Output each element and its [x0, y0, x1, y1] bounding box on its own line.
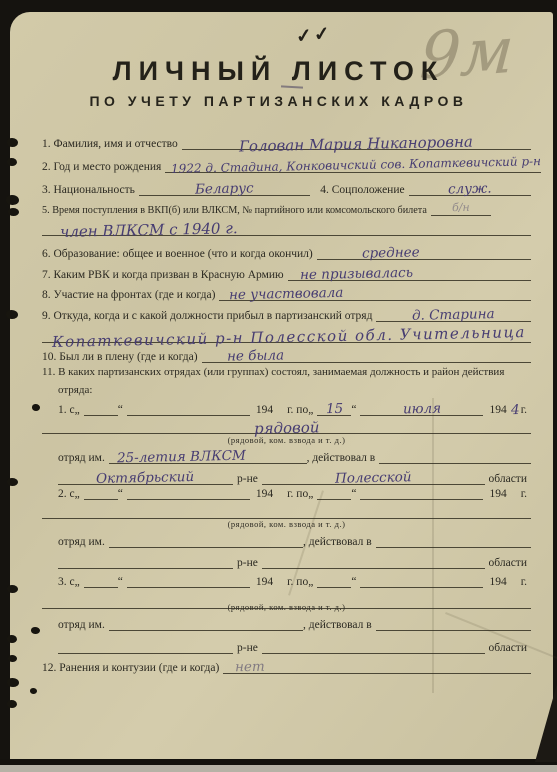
- block-2-unit-line: [109, 531, 303, 548]
- field-9-row: 9. Откуда, когда и с какой должности при…: [42, 305, 531, 322]
- oblasti-print: области: [485, 557, 531, 569]
- block-3-unit-line: [109, 614, 303, 631]
- block-2-from-month-line: [127, 483, 250, 500]
- year-print: 194: [483, 404, 510, 416]
- rank-hint: (рядовой, ком. взвода и т. д.): [42, 519, 531, 529]
- field-2-line: 1922 д. Стадина, Конковичский сов. Копат…: [165, 156, 541, 173]
- block-1-to-month: июля: [403, 401, 441, 418]
- field-4-value: служ.: [448, 181, 492, 198]
- field-9-label: 9. Откуда, когда и с какой должности при…: [42, 310, 376, 322]
- field-6-label: 6. Образование: общее и военное (что и к…: [42, 248, 317, 260]
- field-3-label: 3. Национальность: [42, 184, 139, 196]
- hole-mark: [6, 195, 19, 205]
- hole-mark: [7, 700, 17, 708]
- block-3-region-line: [376, 614, 531, 631]
- block-2-unit-row: отряд им. , действовал в: [58, 531, 531, 548]
- block-1-number: 1. с„: [58, 404, 84, 416]
- block-1-from-day-line: [84, 399, 118, 416]
- quote-mark: “: [351, 404, 360, 416]
- year-print: 194: [483, 576, 510, 588]
- field-9-line2: Копаткевичский р-н Полесской обл. Учител…: [42, 326, 531, 343]
- r-ne-print: р-не: [233, 557, 262, 569]
- block-1-dates-row: 1. с„ “ 194 г. по„ 15 “ июля 194 4 г.: [58, 399, 531, 416]
- block-1-to-year-suffix-slot: 4: [511, 400, 521, 416]
- hole-mark: [8, 208, 19, 216]
- field-3-line: Беларус: [139, 179, 310, 196]
- deystvoval-print: , действовал в: [303, 619, 376, 631]
- quote-mark: “: [351, 576, 360, 588]
- block-3-from-month-line: [127, 571, 250, 588]
- hole-mark: [6, 310, 18, 319]
- hole-mark: [7, 635, 17, 643]
- field-12-row: 12. Ранения и контузии (где и когда) нет: [42, 657, 531, 674]
- field-3-4-row: 3. Национальность Беларус 4. Соцположени…: [42, 179, 531, 196]
- field-10-row: 10. Был ли в плену (где и когда) не была: [42, 346, 531, 363]
- field-2-value: 1922 д. Стадина, Конковичский сов. Копат…: [171, 154, 541, 176]
- block-2-oblast-line: [262, 552, 485, 569]
- field-5-label: 5. Время поступления в ВКП(б) или ВЛКСМ,…: [42, 205, 431, 216]
- quote-mark: “: [351, 488, 360, 500]
- rank-hint: (рядовой, ком. взвода и т. д.): [42, 602, 531, 612]
- field-8-row: 8. Участие на фронтах (где и когда) не у…: [42, 284, 531, 301]
- block-2-dates-row: 2. с„ “ 194 г. по„ “ 194 г.: [58, 483, 531, 500]
- document-subtitle: ПО УЧЕТУ ПАРТИЗАНСКИХ КАДРОВ: [0, 93, 557, 109]
- block-3-district-line: [58, 637, 233, 654]
- block-1-from-year-suffix-slot: [277, 400, 287, 416]
- block-3-district-row: р-не области: [58, 637, 531, 654]
- field-8-value: не участвовала: [229, 285, 344, 303]
- block-2-number: 2. с„: [58, 488, 84, 500]
- deystvoval-print: , действовал в: [303, 536, 376, 548]
- g-po-print: г. по„: [287, 576, 317, 588]
- field-9-continuation-row: Копаткевичский р-н Полесской обл. Учител…: [42, 326, 531, 343]
- field-12-line: нет: [223, 657, 531, 674]
- quote-mark: “: [118, 404, 127, 416]
- hole-mark: [7, 478, 18, 486]
- block-1-to-day-line: 15: [317, 399, 351, 416]
- hole-mark: [7, 585, 18, 593]
- hole-mark: [7, 678, 19, 687]
- field-2-label: 2. Год и место рождения: [42, 161, 165, 173]
- quote-mark: “: [118, 576, 127, 588]
- field-4-label: 4. Соцположение: [310, 184, 408, 196]
- ink-blot: [30, 688, 37, 694]
- block-2-to-year-suffix-slot: [511, 484, 521, 500]
- field-3-value: Беларус: [195, 180, 254, 197]
- block-1-rank-row: рядовой: [42, 417, 531, 434]
- year-print: 194: [250, 576, 277, 588]
- ink-blot: [31, 627, 40, 634]
- block-2-from-year-suffix-slot: [277, 484, 287, 500]
- field-8-label: 8. Участие на фронтах (где и когда): [42, 289, 219, 301]
- block-3-number: 3. с„: [58, 576, 84, 588]
- rank-hint: (рядовой, ком. взвода и т. д.): [42, 435, 531, 445]
- block-1-unit-row: отряд им. 25-летия ВЛКСМ , действовал в: [58, 447, 531, 464]
- ink-blot: [32, 404, 40, 411]
- field-1-line: Голован Мария Никаноровна: [182, 133, 531, 150]
- field-5-line2: член ВЛКСМ с 1940 г.: [42, 219, 531, 236]
- field-8-line: не участвовала: [219, 284, 531, 301]
- block-1-unit: 25-летия ВЛКСМ: [117, 448, 246, 467]
- g-print: г.: [521, 576, 531, 588]
- field-2-row: 2. Год и место рождения 1922 д. Стадина,…: [42, 156, 531, 173]
- field-5-line: б/н: [431, 199, 491, 216]
- field-1-label: 1. Фамилия, имя и отчество: [42, 138, 182, 150]
- field-7-line: не призывалась: [288, 264, 531, 281]
- otryad-im-print: отряд им.: [58, 619, 109, 631]
- block-2-from-day-line: [84, 483, 118, 500]
- block-2-to-day-line: [317, 483, 351, 500]
- g-print: г.: [521, 404, 531, 416]
- oblasti-print: области: [485, 642, 531, 654]
- field-9-line: д. Старина: [376, 305, 531, 322]
- field-6-line: среднее: [317, 243, 531, 260]
- block-2-district-row: р-не области: [58, 552, 531, 569]
- block-2-rank-row: [42, 502, 531, 519]
- field-9-value: д. Старина: [412, 306, 495, 324]
- field-10-label: 10. Был ли в плену (где и когда): [42, 351, 202, 363]
- field-4-line: служ.: [409, 179, 531, 196]
- block-3-oblast-line: [262, 637, 485, 654]
- hole-mark: [7, 158, 17, 166]
- field-11-label: 11. В каких партизанских отрядах (или гр…: [42, 366, 504, 378]
- field-7-value: не призывалась: [299, 265, 412, 283]
- g-po-print: г. по„: [287, 488, 317, 500]
- block-1-to-year-suffix: 4: [511, 402, 520, 418]
- field-5-value: б/н: [452, 201, 470, 214]
- field-5-row: 5. Время поступления в ВКП(б) или ВЛКСМ,…: [42, 199, 531, 216]
- block-1-rank-line: рядовой: [42, 417, 531, 434]
- otryad-im-print: отряд им.: [58, 452, 109, 464]
- block-2-to-month-line: [360, 483, 483, 500]
- block-3-dates-row: 3. с„ “ 194 г. по„ “ 194 г.: [58, 571, 531, 588]
- r-ne-print: р-не: [233, 642, 262, 654]
- year-print: 194: [483, 488, 510, 500]
- field-6-value: среднее: [362, 244, 420, 261]
- field-1-row: 1. Фамилия, имя и отчество Голован Мария…: [42, 133, 531, 150]
- field-10-line: не была: [202, 346, 531, 363]
- field-5-continuation-row: член ВЛКСМ с 1940 г.: [42, 219, 531, 236]
- field-6-row: 6. Образование: общее и военное (что и к…: [42, 243, 531, 260]
- hole-mark: [7, 138, 18, 147]
- block-1-unit-line: 25-летия ВЛКСМ: [109, 447, 307, 464]
- block-3-to-day-line: [317, 571, 351, 588]
- year-print: 194: [250, 488, 277, 500]
- quote-mark: “: [118, 488, 127, 500]
- block-3-to-year-suffix-slot: [511, 572, 521, 588]
- field-7-row: 7. Каким РВК и когда призван в Красную А…: [42, 264, 531, 281]
- g-print: г.: [521, 488, 531, 500]
- field-12-label: 12. Ранения и контузии (где и когда): [42, 662, 223, 674]
- field-5-value2: член ВЛКСМ с 1940 г.: [60, 219, 238, 241]
- hole-mark: [8, 655, 17, 662]
- block-3-from-year-suffix-slot: [277, 572, 287, 588]
- field-7-label: 7. Каким РВК и когда призван в Красную А…: [42, 269, 288, 281]
- block-2-district-line: [58, 552, 233, 569]
- field-10-value: не была: [226, 347, 283, 364]
- document-title: ЛИЧНЫЙ ЛИСТОК: [0, 56, 557, 87]
- block-1-to-month-line: июля: [360, 399, 483, 416]
- block-1-from-month-line: [127, 399, 250, 416]
- field-12-value: нет: [235, 659, 265, 676]
- scanner-bed-strip: [0, 765, 557, 772]
- otryad-im-print: отряд им.: [58, 536, 109, 548]
- block-3-unit-row: отряд им. , действовал в: [58, 614, 531, 631]
- field-11-label2: отряда:: [58, 384, 92, 396]
- g-po-print: г. по„: [287, 404, 317, 416]
- deystvoval-print: , действовал в: [307, 452, 380, 464]
- block-2-rank-line: [42, 502, 531, 519]
- block-1-to-day: 15: [326, 401, 344, 417]
- handwritten-checkmarks: ✓✓: [295, 22, 333, 49]
- block-1-region-line: [379, 447, 531, 464]
- block-3-from-day-line: [84, 571, 118, 588]
- block-3-to-month-line: [360, 571, 483, 588]
- block-2-region-line: [376, 531, 531, 548]
- year-print: 194: [250, 404, 277, 416]
